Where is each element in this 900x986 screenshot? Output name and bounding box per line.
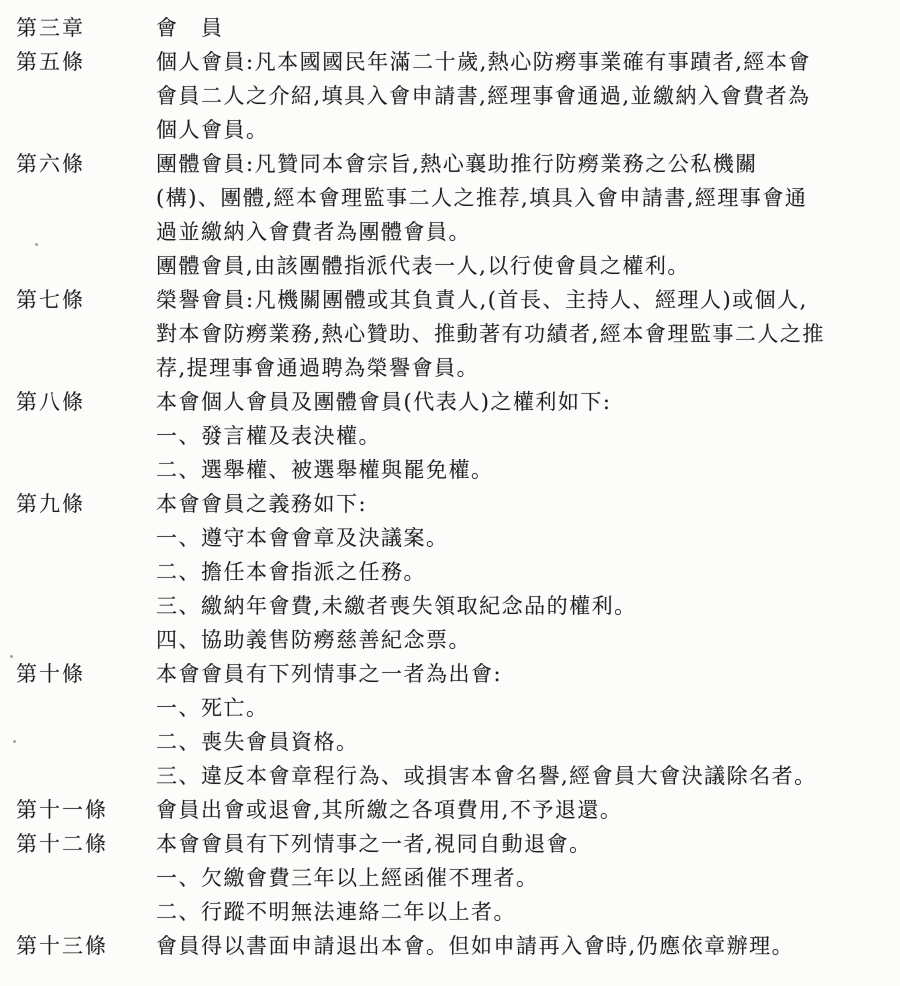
article-row: 第十一條 會員出會或退會,其所繳之各項費用,不予退還。 [16,793,892,827]
article-text: 本會會員有下列情事之一者,視同自動退會。一、欠繳會費三年以上經函催不理者。二、行… [156,827,892,929]
text-line: 二、喪失會員資格。 [156,725,892,759]
chapter-title: 會 員 [156,11,892,45]
text-line: 本會個人會員及團體會員(代表人)之權利如下: [156,385,892,419]
text-line: 個人會員:凡本國國民年滿二十歲,熱心防癆事業確有事蹟者,經本會 [156,45,892,79]
text-line: 四、協助義售防癆慈善紀念票。 [156,623,892,657]
scan-speck [13,740,16,743]
text-line: 一、欠繳會費三年以上經函催不理者。 [156,861,892,895]
article-number: 第六條 [16,147,156,181]
text-line: 本會會員有下列情事之一者為出會: [156,657,892,691]
article-text: 本會會員有下列情事之一者為出會:一、死亡。二、喪失會員資格。三、違反本會章程行為… [156,657,892,793]
text-line: 對本會防癆業務,熱心贊助、推動著有功績者,經本會理監事二人之推 [156,317,892,351]
article-row: 第十三條 會員得以書面申請退出本會。但如申請再入會時,仍應依章辦理。 [16,929,892,963]
text-line: 一、發言權及表決權。 [156,419,892,453]
article-text: 榮譽會員:凡機關團體或其負責人,(首長、主持人、經理人)或個人,對本會防癆業務,… [156,283,892,385]
text-line: 會員得以書面申請退出本會。但如申請再入會時,仍應依章辦理。 [156,929,892,963]
text-line: (構)、團體,經本會理監事二人之推荐,填具入會申請書,經理事會通 [156,181,892,215]
text-line: 一、死亡。 [156,691,892,725]
text-line: 二、選舉權、被選舉權與罷免權。 [156,453,892,487]
article-number: 第八條 [16,385,156,419]
text-line: 荐,提理事會通過聘為榮譽會員。 [156,351,892,385]
article-row: 第十二條 本會會員有下列情事之一者,視同自動退會。一、欠繳會費三年以上經函催不理… [16,827,892,929]
scan-speck [10,655,13,658]
chapter-number: 第三章 [16,11,156,45]
text-line: 二、擔任本會指派之任務。 [156,555,892,589]
article-text: 個人會員:凡本國國民年滿二十歲,熱心防癆事業確有事蹟者,經本會會員二人之介紹,填… [156,45,892,147]
article-number: 第十一條 [16,793,156,827]
text-line: 會員二人之介紹,填具入會申請書,經理事會通過,並繳納入會費者為 [156,79,892,113]
article-text: 本會個人會員及團體會員(代表人)之權利如下:一、發言權及表決權。二、選舉權、被選… [156,385,892,487]
article-text: 團體會員:凡贊同本會宗旨,熱心襄助推行防癆業務之公私機關(構)、團體,經本會理監… [156,147,892,283]
article-row: 第十條 本會會員有下列情事之一者為出會:一、死亡。二、喪失會員資格。三、違反本會… [16,657,892,793]
text-line: 三、違反本會章程行為、或損害本會名譽,經會員大會決議除名者。 [156,759,892,793]
article-number: 第十條 [16,657,156,691]
document-page: 第三章 會 員 第五條 個人會員:凡本國國民年滿二十歲,熱心防癆事業確有事蹟者,… [0,0,900,986]
article-text: 本會會員之義務如下:一、遵守本會會章及決議案。二、擔任本會指派之任務。三、繳納年… [156,487,892,657]
scan-speck [70,292,73,295]
article-number: 第九條 [16,487,156,521]
text-line: 本會會員之義務如下: [156,487,892,521]
text-line: 一、遵守本會會章及決議案。 [156,521,892,555]
article-row: 第五條 個人會員:凡本國國民年滿二十歲,熱心防癆事業確有事蹟者,經本會會員二人之… [16,45,892,147]
article-row: 第六條 團體會員:凡贊同本會宗旨,熱心襄助推行防癆業務之公私機關(構)、團體,經… [16,147,892,283]
article-row: 第七條 榮譽會員:凡機關團體或其負責人,(首長、主持人、經理人)或個人,對本會防… [16,283,892,385]
text-line: 二、行蹤不明無法連絡二年以上者。 [156,895,892,929]
text-line: 過並繳納入會費者為團體會員。 [156,215,892,249]
article-text: 會員得以書面申請退出本會。但如申請再入會時,仍應依章辦理。 [156,929,892,963]
article-text: 會員出會或退會,其所繳之各項費用,不予退還。 [156,793,892,827]
article-number: 第七條 [16,283,156,317]
article-number: 第十二條 [16,827,156,861]
scan-speck [35,243,38,246]
text-line: 個人會員。 [156,113,892,147]
text-line: 本會會員有下列情事之一者,視同自動退會。 [156,827,892,861]
article-number: 第十三條 [16,929,156,963]
text-line: 團體會員:凡贊同本會宗旨,熱心襄助推行防癆業務之公私機關 [156,147,892,181]
article-number: 第五條 [16,45,156,79]
text-line: 團體會員,由該團體指派代表一人,以行使會員之權利。 [156,249,892,283]
articles-container: 第五條 個人會員:凡本國國民年滿二十歲,熱心防癆事業確有事蹟者,經本會會員二人之… [16,45,892,963]
article-row: 第九條 本會會員之義務如下:一、遵守本會會章及決議案。二、擔任本會指派之任務。三… [16,487,892,657]
chapter-row: 第三章 會 員 [16,11,892,45]
text-line: 榮譽會員:凡機關團體或其負責人,(首長、主持人、經理人)或個人, [156,283,892,317]
chapter-title-body: 會 員 [156,11,892,45]
article-row: 第八條 本會個人會員及團體會員(代表人)之權利如下:一、發言權及表決權。二、選舉… [16,385,892,487]
text-line: 三、繳納年會費,未繳者喪失領取紀念品的權利。 [156,589,892,623]
text-line: 會員出會或退會,其所繳之各項費用,不予退還。 [156,793,892,827]
